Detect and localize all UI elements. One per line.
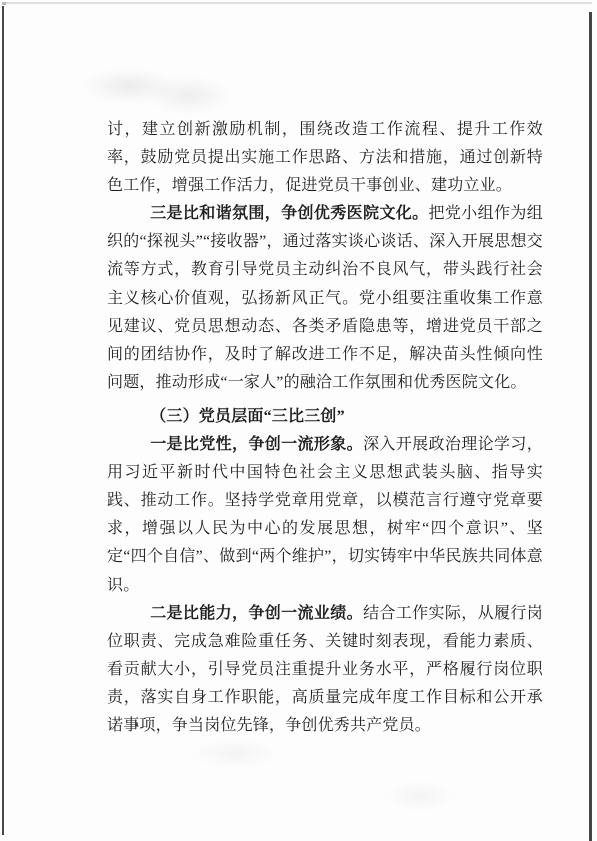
scan-smudge (84, 58, 234, 120)
paragraph-body: 把党小组作为组织的“探视头”“接收器”，通过落实谈心谈话、深入开展思想交流等方式… (107, 205, 543, 391)
paragraph-body: 讨，建立创新激励机制，围绕改造工作流程、提升工作效率，鼓励党员提出实施工作思路、… (107, 121, 543, 194)
document-text: 讨，建立创新激励机制，围绕改造工作流程、提升工作效率，鼓励党员提出实施工作思路、… (107, 116, 543, 740)
section-heading: （三）党员层面“三比三创” (107, 403, 543, 431)
scan-edge-top (4, 2, 592, 4)
scan-edge-right (589, 12, 592, 841)
paragraph-capability: 二是比能力，争创一流业绩。结合工作实际，从履行岗位职责、完成急难险重任务、关键时… (107, 600, 543, 740)
scan-edge-left (2, 6, 4, 835)
paragraph-lead: 二是比能力，争创一流业绩。 (150, 605, 363, 622)
scan-corner-speck (2, 2, 6, 5)
paragraph-body: 结合工作实际，从履行岗位职责、完成急难险重任务、关键时刻表现，看能力素质、看贡献… (107, 605, 543, 734)
scanned-document-page: 讨，建立创新激励机制，围绕改造工作流程、提升工作效率，鼓励党员提出实施工作思路、… (0, 0, 597, 841)
paragraph-lead: 三是比和谐氛围，争创优秀医院文化。 (150, 205, 428, 222)
scan-smudge (385, 782, 455, 810)
paragraph-lead: 一是比党性，争创一流形象。 (150, 436, 363, 453)
paragraph-continuation: 讨，建立创新激励机制，围绕改造工作流程、提升工作效率，鼓励党员提出实施工作思路、… (107, 116, 543, 200)
paragraph-body: 深入开展政治理论学习，用习近平新时代中国特色社会主义思想武装头脑、指导实践、推动… (107, 436, 543, 593)
paragraph-harmony: 三是比和谐氛围，争创优秀医院文化。把党小组作为组织的“探视头”“接收器”，通过落… (107, 200, 543, 397)
paragraph-party-spirit: 一是比党性，争创一流形象。深入开展政治理论学习，用习近平新时代中国特色社会主义思… (107, 431, 543, 600)
scan-smudge (190, 738, 280, 768)
section-heading-text: （三）党员层面“三比三创” (150, 408, 345, 425)
